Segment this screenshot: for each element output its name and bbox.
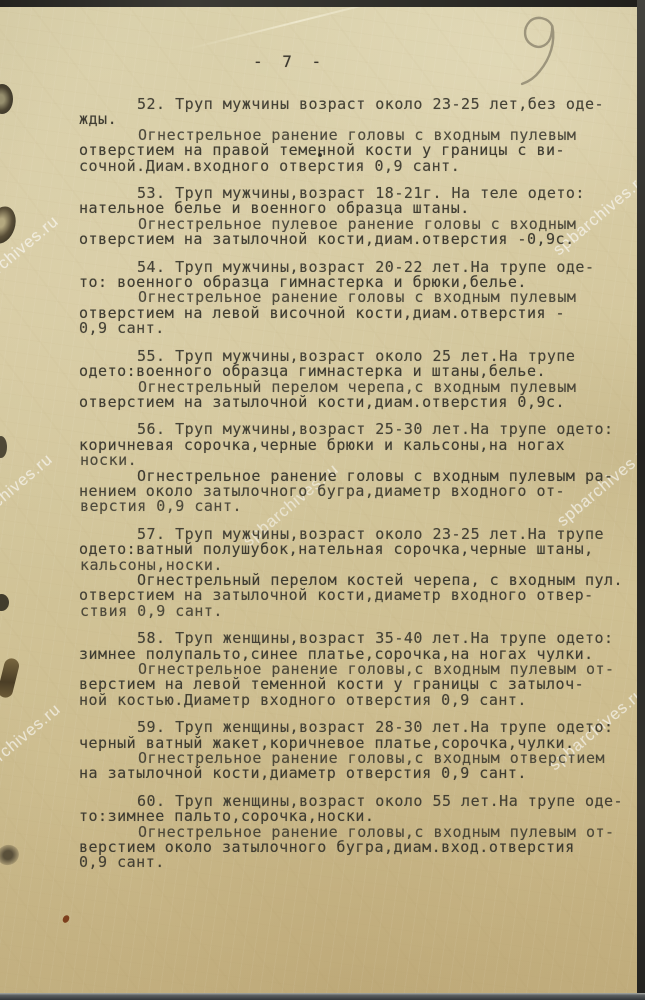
watermark: spbarchives.ru [0,212,63,303]
entry-52: 52. Труп мужчины возраст около 23-25 лет… [79,97,631,174]
typed-line: верстия 0,9 сант. [80,499,632,514]
typed-line: Огнестрельный перелом черепа,с входным п… [80,380,632,395]
typed-line: Огнестрельное ранение головы,с входным п… [80,662,632,677]
typed-text-block: 52. Труп мужчины возраст около 23-25 лет… [79,97,631,883]
typed-line: 54. Труп мужчины,возраст 20-22 лет.На тр… [79,260,631,275]
binding-hole-icon [0,84,13,114]
typed-line: ствия 0,9 сант. [80,604,632,619]
typed-line: 59. Труп женщины,возраст 28-30 лет.На тр… [79,720,631,735]
typed-page-number: - 7 - [253,52,326,71]
paper-speck [61,914,70,924]
typed-line: 55. Труп мужчины,возраст около 25 лет.На… [79,349,631,364]
entry-54: 54. Труп мужчины,возраст 20-22 лет.На тр… [79,260,631,337]
typed-line: 52. Труп мужчины возраст около 23-25 лет… [79,97,631,112]
typed-line: отверстием на затылочной кости,диам.отве… [79,395,631,410]
typed-line: 0,9 сант. [79,321,631,336]
typed-line: 0,9 сант. [79,855,631,870]
scan-edge-bottom [0,993,645,1000]
handwritten-page-number [503,8,579,97]
typed-line: 53. Труп мужчины,возраст 18-21г. На теле… [79,186,631,201]
entry-58: 58. Труп женщины,возраст 35-40 лет.На тр… [79,631,631,708]
entry-57: 57. Труп мужчины,возраст около 23-25 лет… [79,527,631,619]
typed-line: кальсоны,носки. [80,558,632,573]
typed-line: Огнестрельное пулевое ранение головы с в… [80,217,632,232]
typed-line: 60. Труп женщины,возраст около 55 лет.На… [79,794,631,809]
entry-59: 59. Труп женщины,возраст 28-30 лет.На тр… [79,720,631,782]
binding-mark-icon [0,842,22,868]
typed-line: коричневая сорочка,черные брюки и кальсо… [79,438,631,453]
typed-line: сочной.Диам.входного отверстия 0,9 сант. [79,159,631,174]
entry-55: 55. Труп мужчины,возраст около 25 лет.На… [79,349,631,411]
typed-line: носки. [80,453,632,468]
entry-60: 60. Труп женщины,возраст около 55 лет.На… [79,794,631,871]
entry-53: 53. Труп мужчины,возраст 18-21г. На теле… [79,186,631,248]
typed-line: Огнестрельное ранение головы с входным п… [80,128,632,143]
binding-thread-icon [0,657,21,699]
paper-crease [183,0,416,51]
typed-line: 56. Труп мужчины,возраст 25-30 лет.На тр… [79,422,631,437]
typed-line: 57. Труп мужчины,возраст около 23-25 лет… [79,527,631,542]
scan-edge-top [0,0,645,7]
typed-line: 58. Труп женщины,возраст 35-40 лет.На тр… [79,631,631,646]
pencil-digit-9-icon [504,8,579,93]
binding-fastener-icon [0,203,20,247]
watermark: spbarchives.ru [0,450,57,541]
typed-line: Огнестрельное ранение головы с входным п… [80,290,632,305]
typed-line: Огнестрельное ранение головы,с входным п… [80,825,632,840]
entry-56: 56. Труп мужчины,возраст 25-30 лет.На тр… [79,422,631,514]
typed-line: ной костью.Диаметр входного отверстия 0,… [79,693,631,708]
scan-edge-right [637,0,645,1000]
binding-mark-icon [0,436,7,458]
typed-line: Огнестрельное ранение головы,с входным о… [80,751,632,766]
typed-line: на затылочной кости,диаметр отверстия 0,… [79,766,631,781]
watermark: spbarchives.ru [0,700,65,791]
binding-mark-icon [0,594,9,611]
scanned-document-page: spbarchives.ru spbarchives.ru spbarchive… [0,0,645,1000]
typed-line: отверстием на затылочной кости,диам.отве… [79,232,631,247]
